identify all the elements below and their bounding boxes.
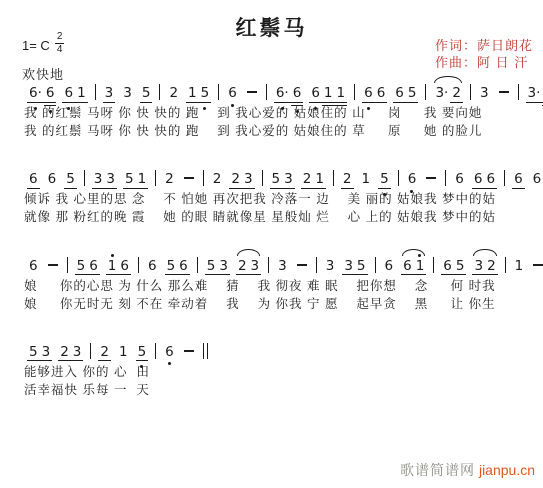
beam	[401, 274, 414, 275]
note-group: 21	[301, 171, 326, 188]
note: 3	[217, 259, 230, 275]
beam	[27, 360, 40, 361]
barline	[445, 170, 446, 186]
note: 5	[27, 345, 40, 361]
low-octave-dot	[281, 107, 284, 110]
note-group: 6	[27, 171, 40, 188]
beam	[335, 102, 348, 103]
beam	[309, 102, 322, 103]
note: 1	[106, 259, 119, 275]
beam	[104, 188, 117, 189]
note: 5	[64, 172, 77, 188]
note-group: 15	[186, 85, 211, 102]
beam	[140, 102, 153, 103]
beam	[75, 274, 88, 275]
beam	[106, 274, 119, 275]
beam	[335, 105, 348, 106]
note: 2	[211, 172, 224, 188]
note-group: 53	[27, 344, 52, 361]
lyrics-line: 娘 你的心思 为 什么 那么难 猜 我 彻夜 难 眠 把你想 念 何 时我	[24, 277, 536, 295]
barline	[155, 343, 156, 359]
note-group: 1	[360, 171, 373, 188]
note: 6	[118, 259, 131, 275]
beam	[98, 360, 111, 361]
beam	[322, 105, 335, 106]
notation-area: 6·66133521566·661166653·233·335我 的红鬃 马呀 …	[24, 84, 536, 429]
note-group: 23	[229, 171, 254, 188]
note: 6	[46, 172, 59, 188]
note: 1	[335, 86, 348, 102]
note-group: 66	[472, 171, 497, 188]
note-group: 56	[165, 258, 190, 275]
barline	[268, 257, 269, 273]
note: 3	[282, 172, 295, 188]
slur-arc	[402, 249, 425, 256]
beam	[217, 274, 230, 275]
note: 3	[342, 259, 355, 275]
barline	[159, 84, 160, 100]
note: 6	[453, 172, 466, 188]
note: 6	[362, 86, 375, 102]
beam	[282, 188, 295, 189]
beam	[75, 102, 88, 103]
note: 6	[62, 86, 75, 102]
beam	[136, 188, 149, 189]
note: 5	[199, 86, 212, 102]
note: 6	[484, 172, 497, 188]
lyrics-line: 能够进入 你的 心 田	[24, 363, 536, 381]
barline	[333, 170, 334, 186]
slur-arc	[237, 249, 260, 256]
note: 6·	[274, 86, 291, 102]
note: 2	[98, 345, 111, 361]
note-group: 3	[103, 85, 116, 102]
lyrics-line: 我 的红鬃 马呀 你 快 快的 跑 到 我心爱的 姑娘住的 草 原 她 的脸儿	[24, 122, 536, 140]
note-group: 5	[378, 171, 391, 188]
note-group: 51	[123, 171, 148, 188]
slur-arc	[434, 76, 461, 83]
note: 5	[136, 345, 149, 361]
beam	[62, 102, 75, 103]
barline	[504, 170, 505, 186]
score-system: 53232156能够进入 你的 心 田活幸福快 乐每 一 天	[24, 343, 536, 399]
note: 1	[313, 172, 326, 188]
beam	[249, 274, 262, 275]
barline	[155, 170, 156, 186]
beam	[44, 102, 57, 103]
lyricist-label: 作词：	[435, 38, 477, 53]
duration-dash	[247, 91, 257, 93]
tempo-marking: 欢快地	[22, 64, 64, 83]
beam	[44, 105, 57, 106]
note: 3	[103, 86, 116, 102]
note: 6	[87, 259, 100, 275]
note-group: 3·3	[526, 85, 543, 102]
beam	[526, 102, 543, 103]
barline	[316, 257, 317, 273]
beam	[274, 102, 291, 103]
barline	[375, 257, 376, 273]
barline	[67, 257, 68, 273]
beam	[472, 188, 485, 189]
barline	[203, 170, 204, 186]
note-group: 5	[64, 171, 77, 188]
low-octave-dot	[367, 107, 370, 110]
note-group: 61	[62, 85, 87, 102]
beam	[242, 188, 255, 189]
note: 6	[44, 86, 57, 102]
lyricist-name: 萨日朗花	[477, 38, 533, 53]
beam	[136, 360, 149, 361]
beam	[103, 102, 116, 103]
beam	[58, 360, 71, 361]
beam	[177, 274, 190, 275]
note: 1	[513, 259, 526, 275]
note: 6	[27, 259, 40, 275]
beam	[450, 102, 463, 103]
barline	[197, 257, 198, 273]
beam	[291, 105, 304, 106]
beam	[229, 188, 242, 189]
note: 1	[186, 86, 199, 102]
note: 5	[165, 259, 178, 275]
lyrics-line: 倾诉 我 心里的思 念 不 怕她 再次把我 冷落一 边 美 丽的 姑娘我 梦中的…	[24, 190, 536, 208]
note: 6	[177, 259, 190, 275]
note: 5	[355, 259, 368, 275]
note: 6	[393, 86, 406, 102]
note-group: 6	[163, 344, 176, 361]
low-octave-dot	[314, 107, 317, 110]
note-group: 56	[75, 258, 100, 275]
note: 6	[27, 172, 40, 188]
note: 1	[414, 259, 427, 275]
beam	[186, 102, 199, 103]
lyrics-line: 活幸福快 乐每 一 天	[24, 381, 536, 399]
note: 3·	[526, 86, 543, 102]
barline	[138, 257, 139, 273]
key-text: 1= C	[22, 38, 50, 53]
note: 2	[229, 172, 242, 188]
beam	[123, 188, 136, 189]
key-signature: 1= C24	[22, 32, 64, 55]
beam	[87, 274, 100, 275]
notes-row: 6·66133521566·661166653·233·335	[24, 84, 536, 104]
note: 2	[301, 172, 314, 188]
note-group: 6·6	[27, 85, 56, 102]
note-group: 6	[46, 171, 59, 188]
note: 6	[472, 172, 485, 188]
notes-row: 656166565323333566165321223	[24, 257, 536, 277]
note-group: 32	[472, 258, 497, 275]
note-group: 6	[512, 171, 525, 188]
watermark-site-url: jianpu.cn	[479, 462, 535, 478]
note-group: 3	[478, 85, 491, 102]
time-signature-denominator: 4	[55, 44, 65, 55]
note: 3	[276, 259, 289, 275]
note: 6·	[27, 86, 44, 102]
beam	[454, 274, 467, 275]
note: 6	[146, 259, 159, 275]
low-octave-dot	[383, 193, 386, 196]
note-group: 6	[453, 171, 466, 188]
note: 2	[58, 345, 71, 361]
lyrics-line: 娘 你无时无 刻 不在 牵动着 我 为 你我 宁 愿 起早贪 黑 让 你生	[24, 295, 536, 313]
beam	[375, 102, 388, 103]
duration-dash	[184, 350, 194, 352]
composer-label: 作曲：	[435, 55, 477, 70]
score-system: 6·66133521566·661166653·233·335我 的红鬃 马呀 …	[24, 84, 536, 140]
note-group: 35	[342, 258, 367, 275]
beam	[27, 188, 40, 189]
low-octave-dot	[67, 107, 70, 110]
beam	[64, 188, 77, 189]
time-signature: 24	[55, 32, 65, 55]
watermark-site-name: 歌谱简谱网	[400, 462, 475, 478]
beam	[355, 274, 368, 275]
score-system: 656166565323333566165321223娘 你的心思 为 什么 那…	[24, 257, 536, 313]
note: 3	[121, 86, 134, 102]
note-group: 6	[27, 258, 40, 275]
note-group: 5	[140, 85, 153, 102]
note-group: 611	[309, 85, 347, 102]
note: 6	[226, 86, 239, 102]
note: 3	[71, 345, 84, 361]
barline	[90, 343, 91, 359]
note-group: 6	[226, 85, 239, 102]
notes-row: 53232156	[24, 343, 536, 363]
note: 3	[40, 345, 53, 361]
low-octave-dot	[296, 110, 299, 113]
note: 6	[406, 172, 419, 188]
note: 3	[242, 172, 255, 188]
duration-dash	[297, 264, 307, 266]
beam	[472, 274, 485, 275]
note: 5	[378, 172, 391, 188]
barline	[470, 84, 471, 100]
note: 5	[454, 259, 467, 275]
note-group: 16	[106, 258, 131, 275]
note: 6	[375, 86, 388, 102]
note: 2	[450, 86, 463, 102]
note-group: 3	[276, 258, 289, 275]
beam	[406, 102, 419, 103]
beam	[71, 360, 84, 361]
note: 2	[163, 172, 176, 188]
beam	[92, 188, 105, 189]
note-group: 2	[211, 171, 224, 188]
note-group: 6	[383, 258, 396, 275]
low-octave-dot	[34, 107, 37, 110]
note: 5	[75, 259, 88, 275]
duration-dash	[533, 264, 543, 266]
note: 6	[512, 172, 525, 188]
beam	[40, 360, 53, 361]
barline	[354, 84, 355, 100]
note-group: 65	[441, 258, 466, 275]
note-group: 65	[393, 85, 418, 102]
note-group: 6	[406, 171, 419, 188]
barline	[218, 84, 219, 100]
notes-row: 66533512223532121566666615615	[24, 170, 536, 190]
note: 3	[478, 86, 491, 102]
note-group: 2	[167, 85, 180, 102]
beam	[341, 188, 354, 189]
note: 5	[140, 86, 153, 102]
note-group: 2	[98, 344, 111, 361]
note-group: 6	[146, 258, 159, 275]
note-group: 1	[117, 344, 130, 361]
note-group: 61	[401, 258, 426, 275]
barline	[505, 257, 506, 273]
note: 1	[360, 172, 373, 188]
beam	[322, 102, 335, 103]
barline	[84, 170, 85, 186]
note: 2	[341, 172, 354, 188]
beam	[313, 188, 326, 189]
time-signature-numerator: 2	[55, 32, 65, 44]
note-group: 23	[58, 344, 83, 361]
beam	[199, 102, 212, 103]
score-system: 66533512223532121566666615615倾诉 我 心里的思 念…	[24, 170, 536, 226]
score-meta: 1= C24 欢快地	[22, 32, 64, 83]
low-octave-dot	[49, 110, 52, 113]
duration-dash	[426, 177, 436, 179]
note: 6	[291, 86, 304, 102]
note: 1	[322, 86, 335, 102]
duration-dash	[48, 264, 58, 266]
slur-arc	[473, 249, 496, 256]
note-group: 2	[341, 171, 354, 188]
barline	[398, 170, 399, 186]
barline	[433, 257, 434, 273]
beam	[512, 188, 525, 189]
barline	[95, 84, 96, 100]
note: 2	[485, 259, 498, 275]
beam	[362, 102, 375, 103]
note: 6	[309, 86, 322, 102]
barline	[518, 84, 519, 100]
beam	[378, 188, 391, 189]
credits: 作词：萨日朗花 作曲：阿 日 汗	[435, 38, 533, 72]
note-group: 6·6	[274, 85, 303, 102]
note: 2	[236, 259, 249, 275]
beam	[414, 274, 427, 275]
note: 5	[270, 172, 283, 188]
note-group: 2	[163, 171, 176, 188]
note: 3	[472, 259, 485, 275]
note-group: 66	[362, 85, 387, 102]
composer-line: 作曲：阿 日 汗	[435, 55, 533, 72]
note: 5	[406, 86, 419, 102]
high-octave-dot	[111, 254, 114, 257]
final-barline	[203, 343, 208, 359]
duration-dash	[499, 91, 509, 93]
beam	[236, 274, 249, 275]
note-group: 3	[324, 258, 337, 275]
note-group: 3	[121, 85, 134, 102]
note-group: 33	[92, 171, 117, 188]
note-group: 53	[205, 258, 230, 275]
note: 6	[383, 259, 396, 275]
lyricist-line: 作词：萨日朗花	[435, 38, 533, 55]
note-group: 53	[270, 171, 295, 188]
composer-name: 阿 日 汗	[477, 55, 528, 70]
note: 6	[441, 259, 454, 275]
note: 3	[104, 172, 117, 188]
beam	[118, 274, 131, 275]
beam	[393, 102, 406, 103]
note: 6	[163, 345, 176, 361]
note: 5	[123, 172, 136, 188]
watermark: 歌谱简谱网jianpu.cn	[400, 460, 535, 480]
beam	[205, 274, 218, 275]
duration-dash	[184, 177, 194, 179]
note-group: 1	[513, 258, 526, 275]
beam	[291, 102, 304, 103]
note: 6	[401, 259, 414, 275]
barline	[425, 84, 426, 100]
note: 5	[205, 259, 218, 275]
beam	[165, 274, 178, 275]
note: 1	[136, 172, 149, 188]
note-group: 6	[531, 171, 543, 188]
note: 3·	[433, 86, 450, 102]
low-octave-dot	[231, 104, 234, 107]
beam	[485, 274, 498, 275]
note-group: 23	[236, 258, 261, 275]
note: 1	[117, 345, 130, 361]
beam	[441, 274, 454, 275]
beam	[270, 188, 283, 189]
beam	[301, 188, 314, 189]
score-sheet: 红鬃马 1= C24 欢快地 作词：萨日朗花 作曲：阿 日 汗 6·661335…	[0, 0, 543, 488]
note-group: 5	[136, 344, 149, 361]
lyrics-line: 我 的红鬃 马呀 你 快 快的 跑 到 我心爱的 姑娘住的 山 岗 我 要向她	[24, 104, 536, 122]
beam	[27, 102, 44, 103]
note: 3	[92, 172, 105, 188]
note-group: 3·2	[433, 85, 462, 102]
note: 2	[167, 86, 180, 102]
note: 3	[249, 259, 262, 275]
barline	[266, 84, 267, 100]
lyrics-line: 就像 那 粉红的晚 霞 她 的眼 睛就像星 星般灿 烂 心 上的 姑娘我 梦中的…	[24, 208, 536, 226]
note: 1	[75, 86, 88, 102]
beam	[484, 188, 497, 189]
beam	[342, 274, 355, 275]
note: 6	[531, 172, 543, 188]
note: 3	[324, 259, 337, 275]
barline	[262, 170, 263, 186]
